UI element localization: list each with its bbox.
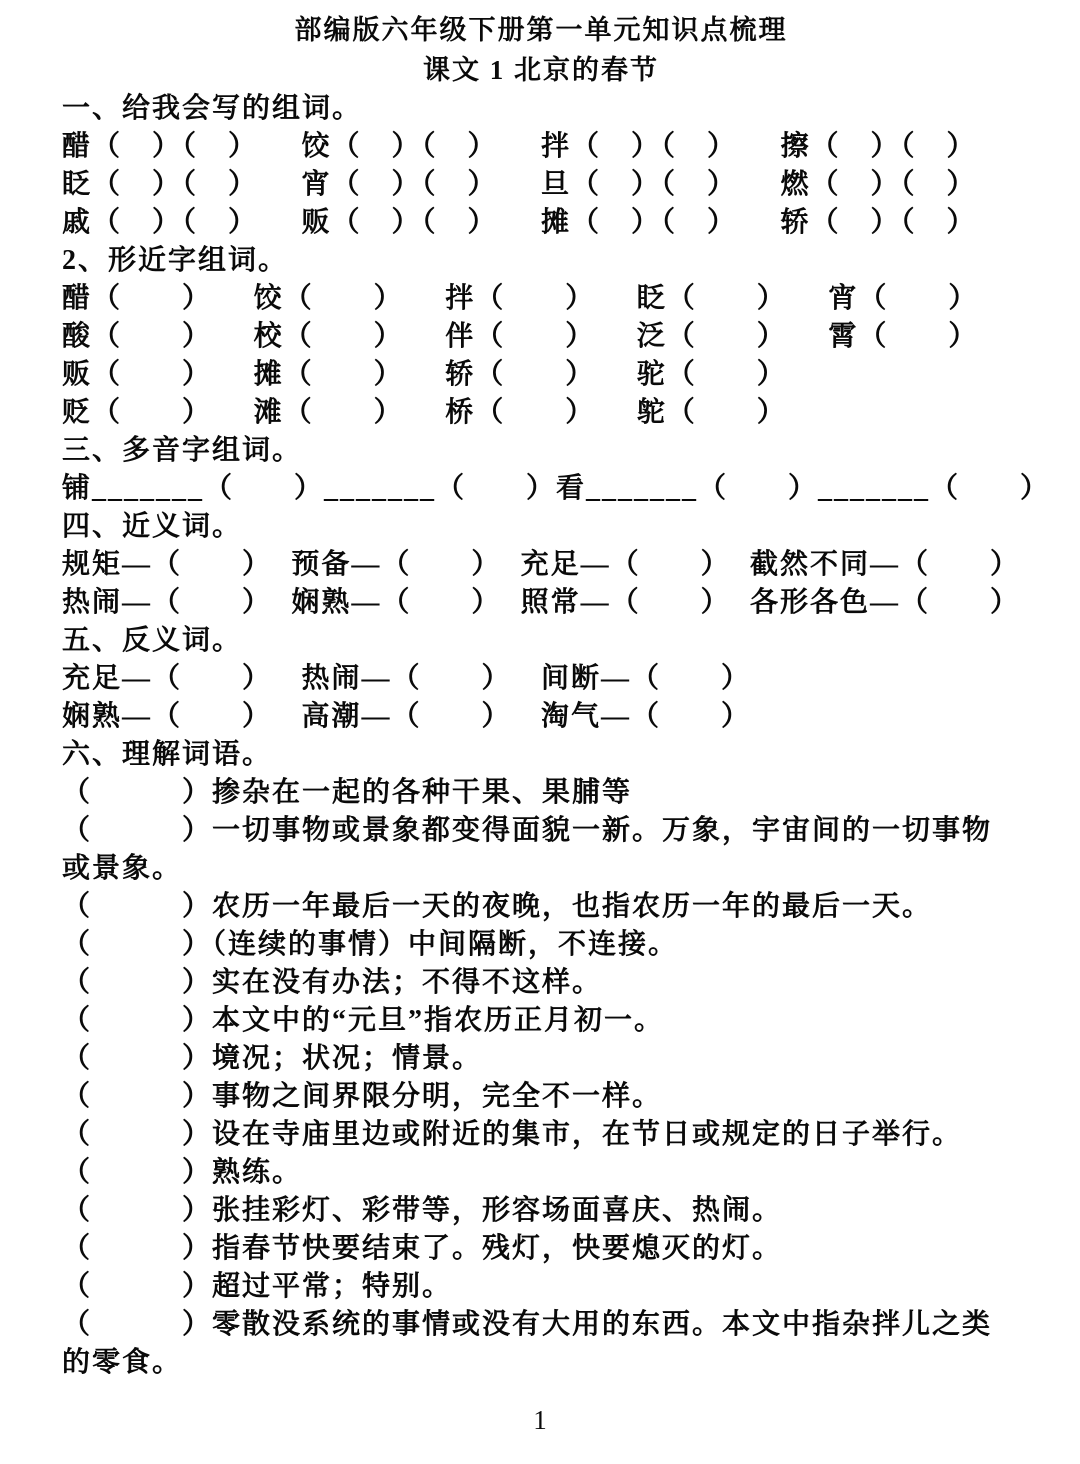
word-blank-cell: 贩（ ） [62,356,254,394]
definition-item: （ ）指春节快要结束了。残灯，快要熄灭的灯。 [62,1230,1020,1268]
document-subtitle: 课文 1 北京的春节 [62,50,1020,90]
word-blank-cell [828,356,1020,394]
word-grid-row: 眨（ ）（ ）宵（ ）（ ）旦（ ）（ ）燃（ ）（ ） [62,166,1020,204]
word-blank-cell: 眨（ ） [637,280,829,318]
word-blank-cell: 饺（ ） [254,280,446,318]
word-blank-cell: 拌（ ） [445,280,637,318]
definition-item: （ ）设在寺庙里边或附近的集市，在节日或规定的日子举行。 [62,1116,1020,1154]
definition-item: （ ）农历一年最后一天的夜晚，也指农历一年的最后一天。 [62,888,1020,926]
word-blank-cell: 摊（ ）（ ） [541,204,781,242]
word-blank-cell: 照常—（ ） [521,584,750,622]
word-blank-cell: 鸵（ ） [637,394,829,432]
word-blank-cell: 霄（ ） [828,318,1020,356]
word-blank-cell: 饺（ ）（ ） [302,128,542,166]
word-blank-cell: 滩（ ） [254,394,446,432]
definition-item: （ ）实在没有办法；不得不这样。 [62,964,1020,1002]
definition-item: （ ）一切事物或景象都变得面貌一新。万象，宇宙间的一切事物或景象。 [62,812,1020,888]
word-blank-cell: 充足—（ ） [521,546,750,584]
word-blank-cell: 规矩—（ ） [62,546,291,584]
word-blank-cell: 贩（ ）（ ） [302,204,542,242]
section-heading: 四、近义词。 [62,508,1020,546]
title-block: 部编版六年级下册第一单元知识点梳理 课文 1 北京的春节 [62,10,1020,90]
word-blank-cell: 淘气—（ ） [541,698,781,736]
word-blank-cell: 高潮—（ ） [302,698,542,736]
word-blank-cell: 旦（ ）（ ） [541,166,781,204]
word-blank-cell: 预备—（ ） [291,546,520,584]
section-heading: 六、理解词语。 [62,736,1020,774]
definition-item: （ ）张挂彩灯、彩带等，形容场面喜庆、热闹。 [62,1192,1020,1230]
word-blank-cell: 醋（ ） [62,280,254,318]
word-blank-cell: 擦（ ）（ ） [781,128,1021,166]
word-blank-cell: 校（ ） [254,318,446,356]
word-grid-row: 贬（ ）滩（ ）桥（ ）鸵（ ） [62,394,1020,432]
definition-item: （ ）超过平常；特别。 [62,1268,1020,1306]
word-blank-cell: 驼（ ） [637,356,829,394]
word-grid-row: 充足—（ ）热闹—（ ）间断—（ ） [62,660,1020,698]
word-grid-row: 规矩—（ ）预备—（ ）充足—（ ）截然不同—（ ） [62,546,1020,584]
definition-item: （ ）本文中的“元旦”指农历正月初一。 [62,1002,1020,1040]
word-blank-cell: 轿（ ）（ ） [781,204,1021,242]
section-heading: 三、多音字组词。 [62,432,1020,470]
word-blank-cell: 间断—（ ） [541,660,781,698]
definition-item: （ ）（连续的事情）中间隔断，不连接。 [62,926,1020,964]
word-grid-row: 娴熟—（ ）高潮—（ ）淘气—（ ） [62,698,1020,736]
word-blank-cell [828,394,1020,432]
word-blank-cell: 贬（ ） [62,394,254,432]
word-blank-cell: 眨（ ）（ ） [62,166,302,204]
multi-sound-blank-line: 铺_______（ ）_______（ ）看_______（ ）_______（… [62,470,1020,508]
definition-item: （ ）零散没系统的事情或没有大用的东西。本文中指杂拌儿之类的零食。 [62,1306,1020,1382]
word-grid-row: 贩（ ）摊（ ）轿（ ）驼（ ） [62,356,1020,394]
word-blank-cell: 摊（ ） [254,356,446,394]
worksheet-page: 部编版六年级下册第一单元知识点梳理 课文 1 北京的春节 一、给我会写的组词。醋… [0,0,1080,1464]
word-blank-cell: 酸（ ） [62,318,254,356]
word-blank-cell: 伴（ ） [445,318,637,356]
section-heading: 五、反义词。 [62,622,1020,660]
word-blank-cell: 宵（ ）（ ） [302,166,542,204]
word-blank-cell: 娴熟—（ ） [62,698,302,736]
sections-container: 一、给我会写的组词。醋（ ）（ ）饺（ ）（ ）拌（ ）（ ）擦（ ）（ ）眨（… [62,90,1020,1382]
section-heading: 一、给我会写的组词。 [62,90,1020,128]
word-grid-row: 醋（ ）饺（ ）拌（ ）眨（ ）宵（ ） [62,280,1020,318]
word-blank-cell: 拌（ ）（ ） [541,128,781,166]
word-grid-row: 热闹—（ ）娴熟—（ ）照常—（ ）各形各色—（ ） [62,584,1020,622]
word-blank-cell: 醋（ ）（ ） [62,128,302,166]
word-blank-cell: 宵（ ） [828,280,1020,318]
word-blank-cell: 轿（ ） [445,356,637,394]
definition-item: （ ）掺杂在一起的各种干果、果脯等 [62,774,1020,812]
word-blank-cell [781,698,1021,736]
word-blank-cell: 截然不同—（ ） [750,546,1020,584]
word-grid-row: 戚（ ）（ ）贩（ ）（ ）摊（ ）（ ）轿（ ）（ ） [62,204,1020,242]
definition-item: （ ）境况；状况；情景。 [62,1040,1020,1078]
document-body: 部编版六年级下册第一单元知识点梳理 课文 1 北京的春节 一、给我会写的组词。醋… [62,10,1020,1382]
word-grid-row: 酸（ ）校（ ）伴（ ）泛（ ）霄（ ） [62,318,1020,356]
word-blank-cell: 燃（ ）（ ） [781,166,1021,204]
word-blank-cell: 桥（ ） [445,394,637,432]
document-title: 部编版六年级下册第一单元知识点梳理 [62,10,1020,50]
word-blank-cell: 各形各色—（ ） [750,584,1020,622]
section-heading: 2、形近字组词。 [62,242,1020,280]
word-blank-cell: 泛（ ） [637,318,829,356]
word-blank-cell: 戚（ ）（ ） [62,204,302,242]
page-number: 1 [0,1405,1080,1436]
definition-item: （ ）事物之间界限分明，完全不一样。 [62,1078,1020,1116]
word-blank-cell: 热闹—（ ） [62,584,291,622]
word-grid-row: 醋（ ）（ ）饺（ ）（ ）拌（ ）（ ）擦（ ）（ ） [62,128,1020,166]
definition-item: （ ）熟练。 [62,1154,1020,1192]
word-blank-cell: 热闹—（ ） [302,660,542,698]
word-blank-cell: 娴熟—（ ） [291,584,520,622]
word-blank-cell: 充足—（ ） [62,660,302,698]
word-blank-cell [781,660,1021,698]
